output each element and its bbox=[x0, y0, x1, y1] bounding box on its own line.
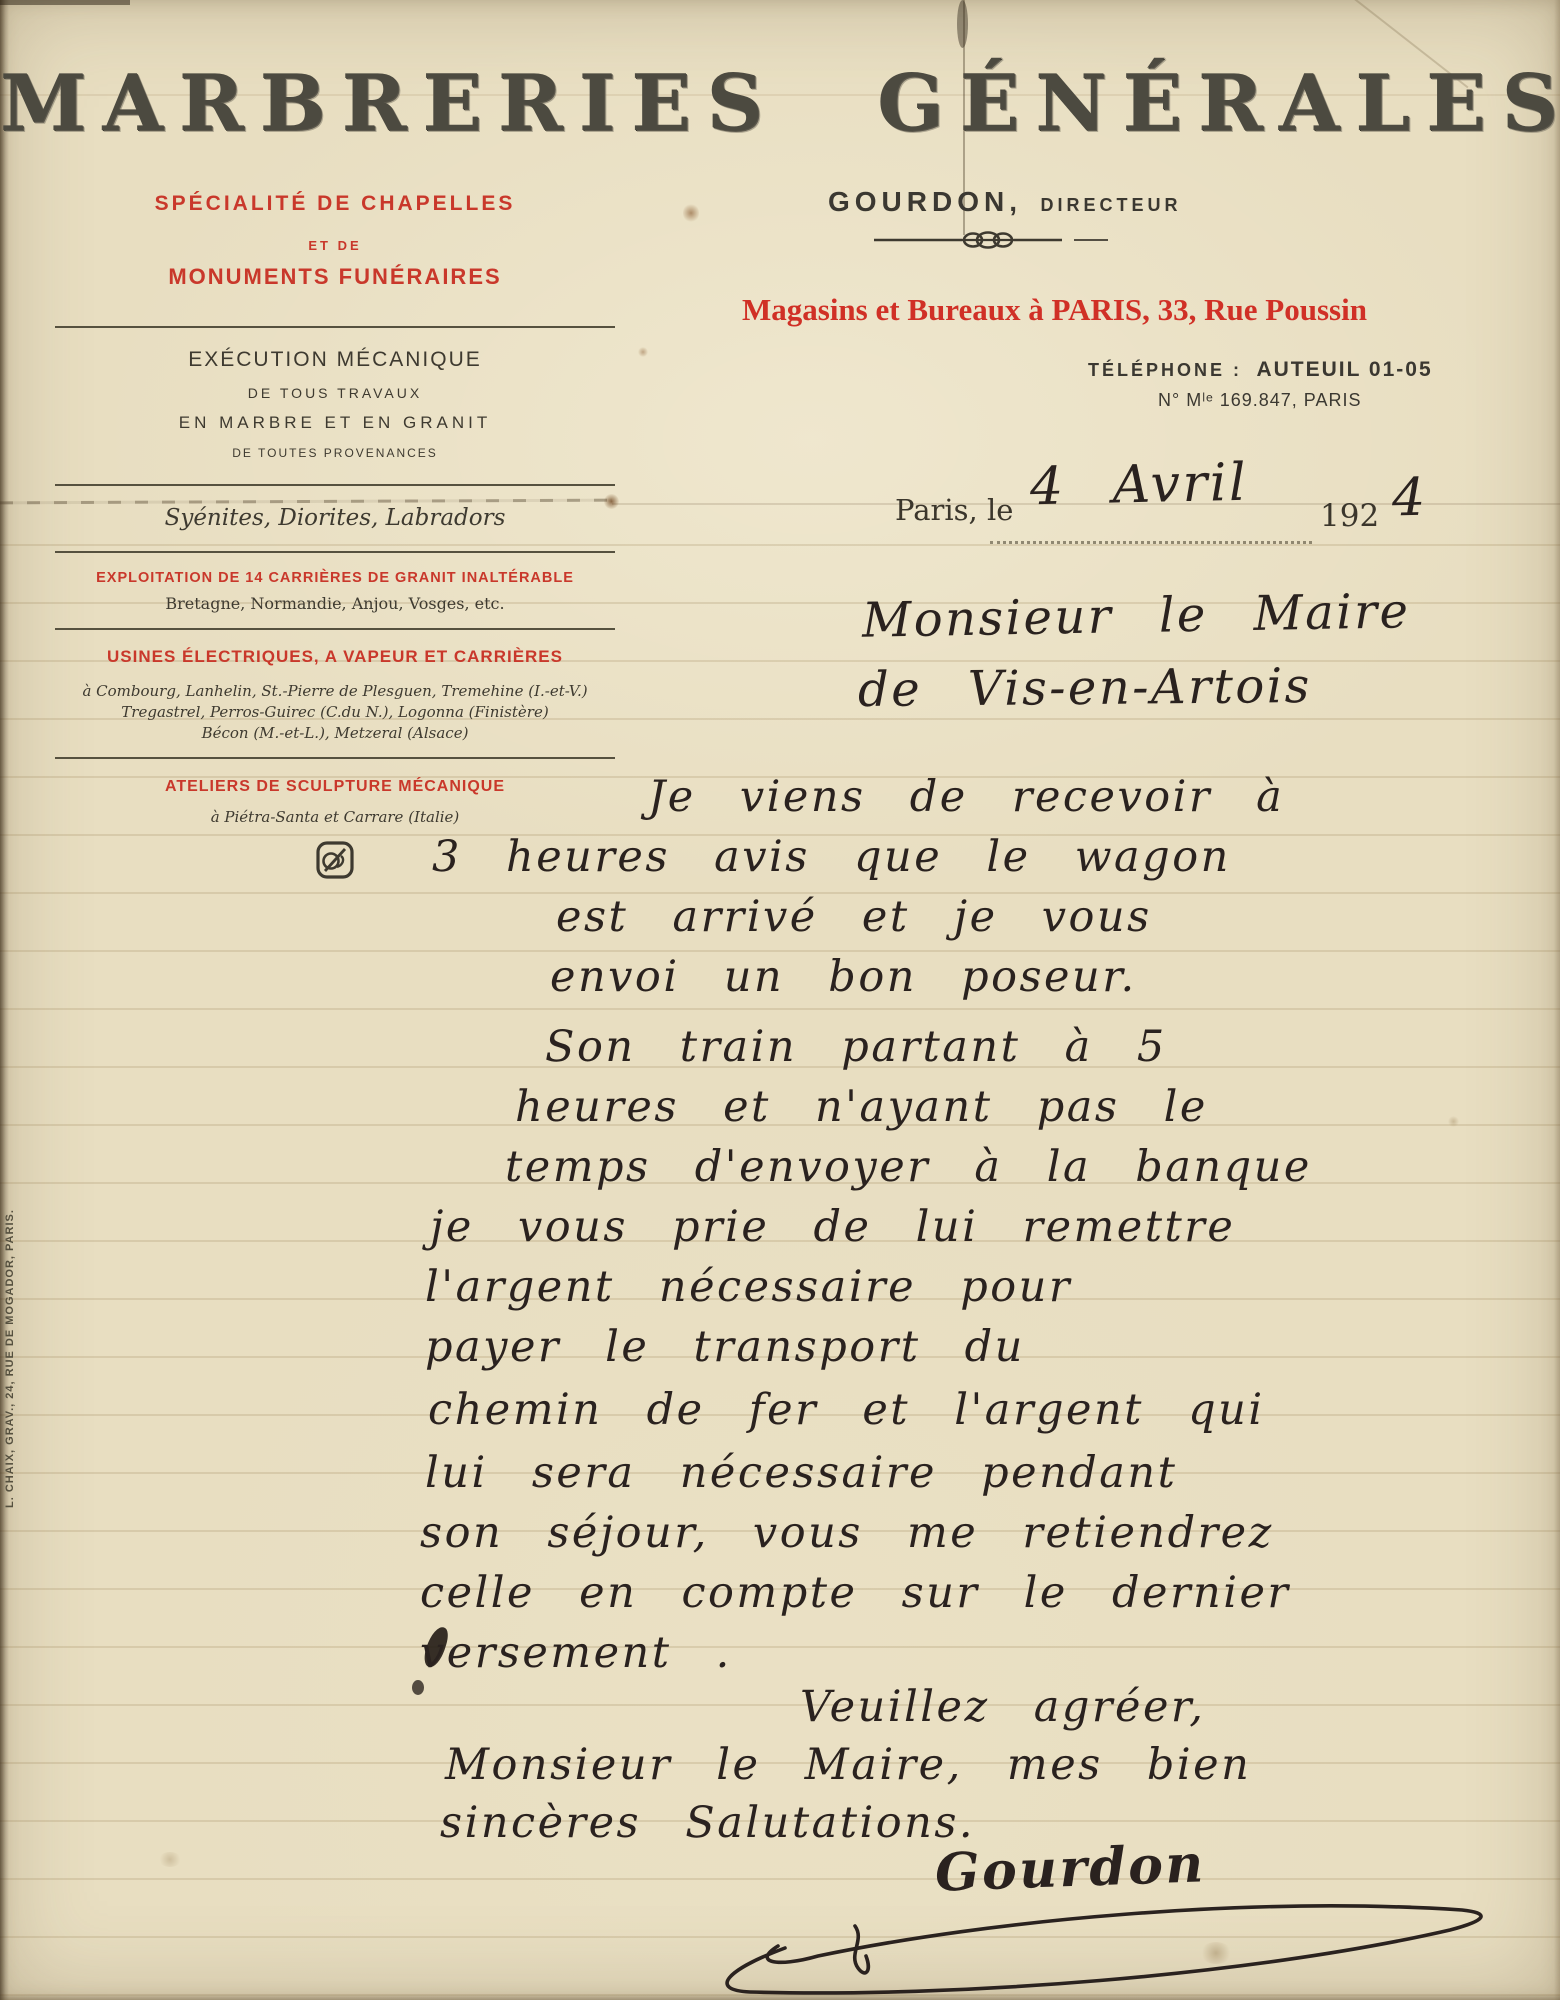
date-dotted-rule bbox=[990, 541, 1312, 544]
letter-line: payer le transport du bbox=[425, 1322, 1025, 1372]
letter-document: MARBRERIES GÉNÉRALES SPÉCIALITÉ DE CHAPE… bbox=[0, 0, 1560, 2000]
specialty-line-3: MONUMENTS FUNÉRAIRES bbox=[55, 264, 615, 290]
scan-edge-left bbox=[0, 0, 9, 2000]
divider-rule bbox=[55, 326, 615, 328]
letter-line: je vous prie de lui remettre bbox=[430, 1202, 1235, 1252]
director-line: GOURDON, DIRECTEUR bbox=[828, 186, 1181, 218]
closing-line: Monsieur le Maire, mes bien bbox=[445, 1740, 1251, 1790]
letter-line: chemin de fer et l'argent qui bbox=[428, 1385, 1265, 1435]
director-title: DIRECTEUR bbox=[1040, 195, 1181, 215]
ink-blot bbox=[412, 1680, 424, 1695]
company-title: MARBRERIES GÉNÉRALES bbox=[0, 58, 1560, 149]
phone-label: TÉLÉPHONE : bbox=[1088, 360, 1242, 380]
usines-line: USINES ÉLECTRIQUES, A VAPEUR ET CARRIÈRE… bbox=[55, 647, 615, 667]
usines-locations-1: à Combourg, Lanhelin, St.-Pierre de Ples… bbox=[55, 682, 615, 700]
printer-credit: L. CHAIX, GRAV., 24, RUE DE MOGADOR, PAR… bbox=[4, 1208, 16, 1508]
regions-line: Bretagne, Normandie, Anjou, Vosges, etc. bbox=[55, 594, 615, 613]
letter-line: heures et n'ayant pas le bbox=[515, 1082, 1208, 1132]
divider-rule bbox=[55, 628, 615, 630]
letter-line: versement . bbox=[420, 1628, 732, 1678]
usines-locations-3: Bécon (M.-et-L.), Metzeral (Alsace) bbox=[55, 724, 615, 742]
execution-line-4: DE TOUTES PROVENANCES bbox=[55, 446, 615, 460]
execution-line-3: EN MARBRE ET EN GRANIT bbox=[55, 413, 615, 433]
address-line: Magasins et Bureaux à PARIS, 33, Rue Pou… bbox=[742, 292, 1367, 328]
letter-line: 3 heures avis que le wagon bbox=[432, 832, 1231, 882]
recipient-line: de Vis-en-Artois bbox=[858, 658, 1312, 718]
knot-ornament-icon bbox=[872, 228, 1112, 252]
date-prefix: Paris, le bbox=[895, 493, 1013, 527]
ateliers-line: ATELIERS DE SCULPTURE MÉCANIQUE bbox=[55, 778, 615, 796]
letter-line: l'argent nécessaire pour bbox=[425, 1262, 1072, 1312]
handwritten-date: 4 Avril bbox=[1029, 453, 1248, 518]
stones-line: Syénites, Diorites, Labradors bbox=[55, 505, 615, 531]
exploitation-line: EXPLOITATION DE 14 CARRIÈRES DE GRANIT I… bbox=[55, 570, 615, 586]
execution-line-1: EXÉCUTION MÉCANIQUE bbox=[55, 348, 615, 372]
specialty-line-1: SPÉCIALITÉ DE CHAPELLES bbox=[55, 192, 615, 216]
divider-rule bbox=[55, 757, 615, 759]
letter-line: celle en compte sur le dernier bbox=[420, 1568, 1290, 1618]
paper-stain bbox=[158, 1852, 182, 1867]
specialty-line-2: ET DE bbox=[55, 238, 615, 253]
handwritten-year-digit: 4 bbox=[1391, 468, 1428, 529]
closing-line: Veuillez agréer, bbox=[800, 1682, 1205, 1732]
ateliers-location: à Piétra-Santa et Carrare (Italie) bbox=[55, 808, 615, 826]
scan-edge-right bbox=[1554, 0, 1560, 2000]
letter-line: Son train partant à 5 bbox=[545, 1022, 1167, 1072]
letter-line: envoi un bon poseur. bbox=[550, 952, 1137, 1002]
paper-stain bbox=[1448, 1116, 1459, 1127]
letter-line: son séjour, vous me retiendrez bbox=[420, 1508, 1274, 1558]
divider-rule bbox=[55, 484, 615, 486]
phone-number: AUTEUIL 01-05 bbox=[1256, 358, 1432, 381]
letterhead-left-column: SPÉCIALITÉ DE CHAPELLES ET DE MONUMENTS … bbox=[55, 190, 615, 910]
phone-line: TÉLÉPHONE : AUTEUIL 01-05 bbox=[1088, 358, 1433, 382]
printed-year: 192 bbox=[1320, 498, 1379, 534]
registry-line: N° Mˡᵉ 169.847, PARIS bbox=[1158, 390, 1361, 411]
divider-rule bbox=[55, 551, 615, 553]
director-name: GOURDON, bbox=[828, 186, 1022, 217]
letter-line: temps d'envoyer à la banque bbox=[505, 1142, 1312, 1192]
signature-flourish bbox=[690, 1828, 1510, 2000]
scan-edge-top bbox=[0, 0, 130, 5]
recipient-line: Monsieur le Maire bbox=[862, 583, 1411, 649]
usines-locations-2: Tregastrel, Perros-Guirec (C.du N.), Log… bbox=[55, 703, 615, 721]
paper-stain bbox=[638, 347, 648, 357]
letter-line: est arrivé et je vous bbox=[556, 892, 1152, 942]
execution-line-2: DE TOUS TRAVAUX bbox=[55, 385, 615, 401]
letter-line: Je viens de recevoir à bbox=[648, 772, 1284, 822]
fold-crease-mark bbox=[957, 0, 968, 48]
paper-stain bbox=[683, 203, 699, 223]
letter-line: lui sera nécessaire pendant bbox=[425, 1448, 1177, 1498]
